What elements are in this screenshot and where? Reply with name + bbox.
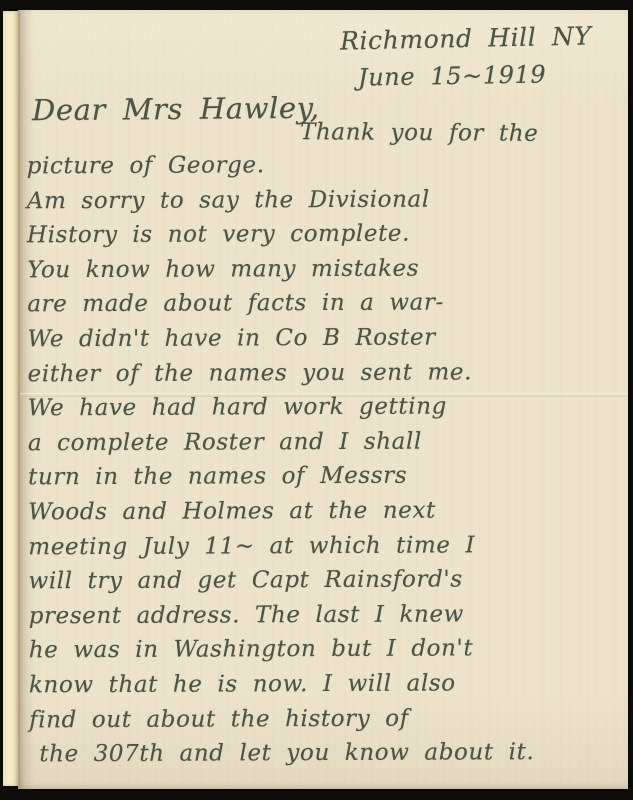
letter-line: a complete Roster and I shall: [28, 423, 624, 460]
letter-line: will try and get Capt Rainsford's: [28, 562, 624, 599]
letter-opening-phrase: Thank you for the: [300, 119, 539, 147]
page-fold-edge: [3, 11, 18, 786]
letter-line: meeting July 11~ at which time I: [28, 527, 624, 564]
letter-line: find out about the history of: [29, 700, 625, 737]
letter-line: Woods and Holmes at the next: [28, 493, 624, 530]
letter-line: We didn't have in Co B Roster: [27, 320, 623, 357]
letter-line: know that he is now. I will also: [29, 666, 625, 703]
letter-heading-date: June 15~1919: [358, 60, 547, 91]
letter-line: You know how many mistakes: [27, 250, 623, 287]
letter-heading-location: Richmond Hill NY: [340, 21, 592, 55]
letter-line: he was in Washington but I don't: [29, 631, 625, 668]
letter-page: Richmond Hill NY June 15~1919 Dear Mrs H…: [18, 10, 628, 789]
scanned-letter-photo: Richmond Hill NY June 15~1919 Dear Mrs H…: [0, 0, 633, 800]
letter-salutation: Dear Mrs Hawley,: [32, 91, 320, 128]
letter-body: picture of George. Am sorry to say the D…: [27, 147, 626, 772]
letter-line: turn in the names of Messrs: [28, 458, 624, 495]
letter-line: are made about facts in a war-: [27, 285, 623, 322]
letter-line: present address. The last I knew: [29, 596, 625, 633]
letter-line: Am sorry to say the Divisional: [27, 181, 623, 218]
letter-line: We have had hard work getting: [28, 389, 624, 426]
letter-line: the 307th and let you know about it.: [29, 735, 625, 772]
letter-line: picture of George.: [27, 147, 623, 184]
letter-line: History is not very complete.: [27, 216, 623, 253]
letter-line: either of the names you sent me.: [28, 354, 624, 391]
